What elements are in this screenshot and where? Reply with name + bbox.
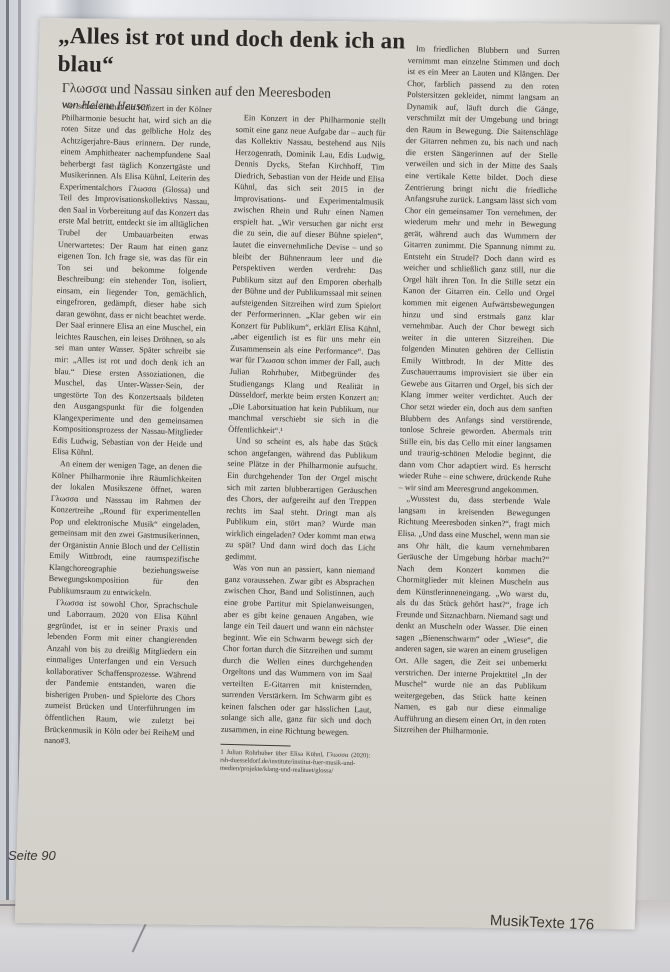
paragraph: Wer schon einmal ein Konzert in der Köln… xyxy=(52,100,212,462)
background-stripe xyxy=(6,0,9,972)
paragraph: Ein Konzert in der Philharmonie stellt s… xyxy=(228,112,386,439)
page-number: Seite 90 xyxy=(8,848,56,863)
paragraph: An einem der wenigen Tage, an denen die … xyxy=(48,458,202,601)
text-column-3: Im friedlichen Blubbern und Surren verni… xyxy=(393,43,559,739)
paragraph: Was von nun an passiert, kann niemand ga… xyxy=(221,562,375,739)
text-column-1: Wer schon einmal ein Konzert in der Köln… xyxy=(44,100,212,751)
text-column-2: Ein Konzert in der Philharmonie stellt s… xyxy=(220,112,386,776)
footnote-divider xyxy=(221,743,291,746)
footnote: 1 Julian Rohrhuber über Elisa Kühnl, Γλω… xyxy=(220,748,371,776)
paragraph: Und so scheint es, als habe das Stück sc… xyxy=(225,435,378,566)
article-header: „Alles ist rot und doch denk ich an blau… xyxy=(58,22,418,111)
article-title: „Alles ist rot und doch denk ich an blau… xyxy=(58,22,419,84)
paragraph: Γλωσσα ist sowohl Chor, Sprachschule und… xyxy=(44,596,198,750)
paragraph: „Wusstest du, dass sterbende Wale langsa… xyxy=(393,493,550,739)
paragraph: Im friedlichen Blubbern und Surren verni… xyxy=(399,43,560,496)
